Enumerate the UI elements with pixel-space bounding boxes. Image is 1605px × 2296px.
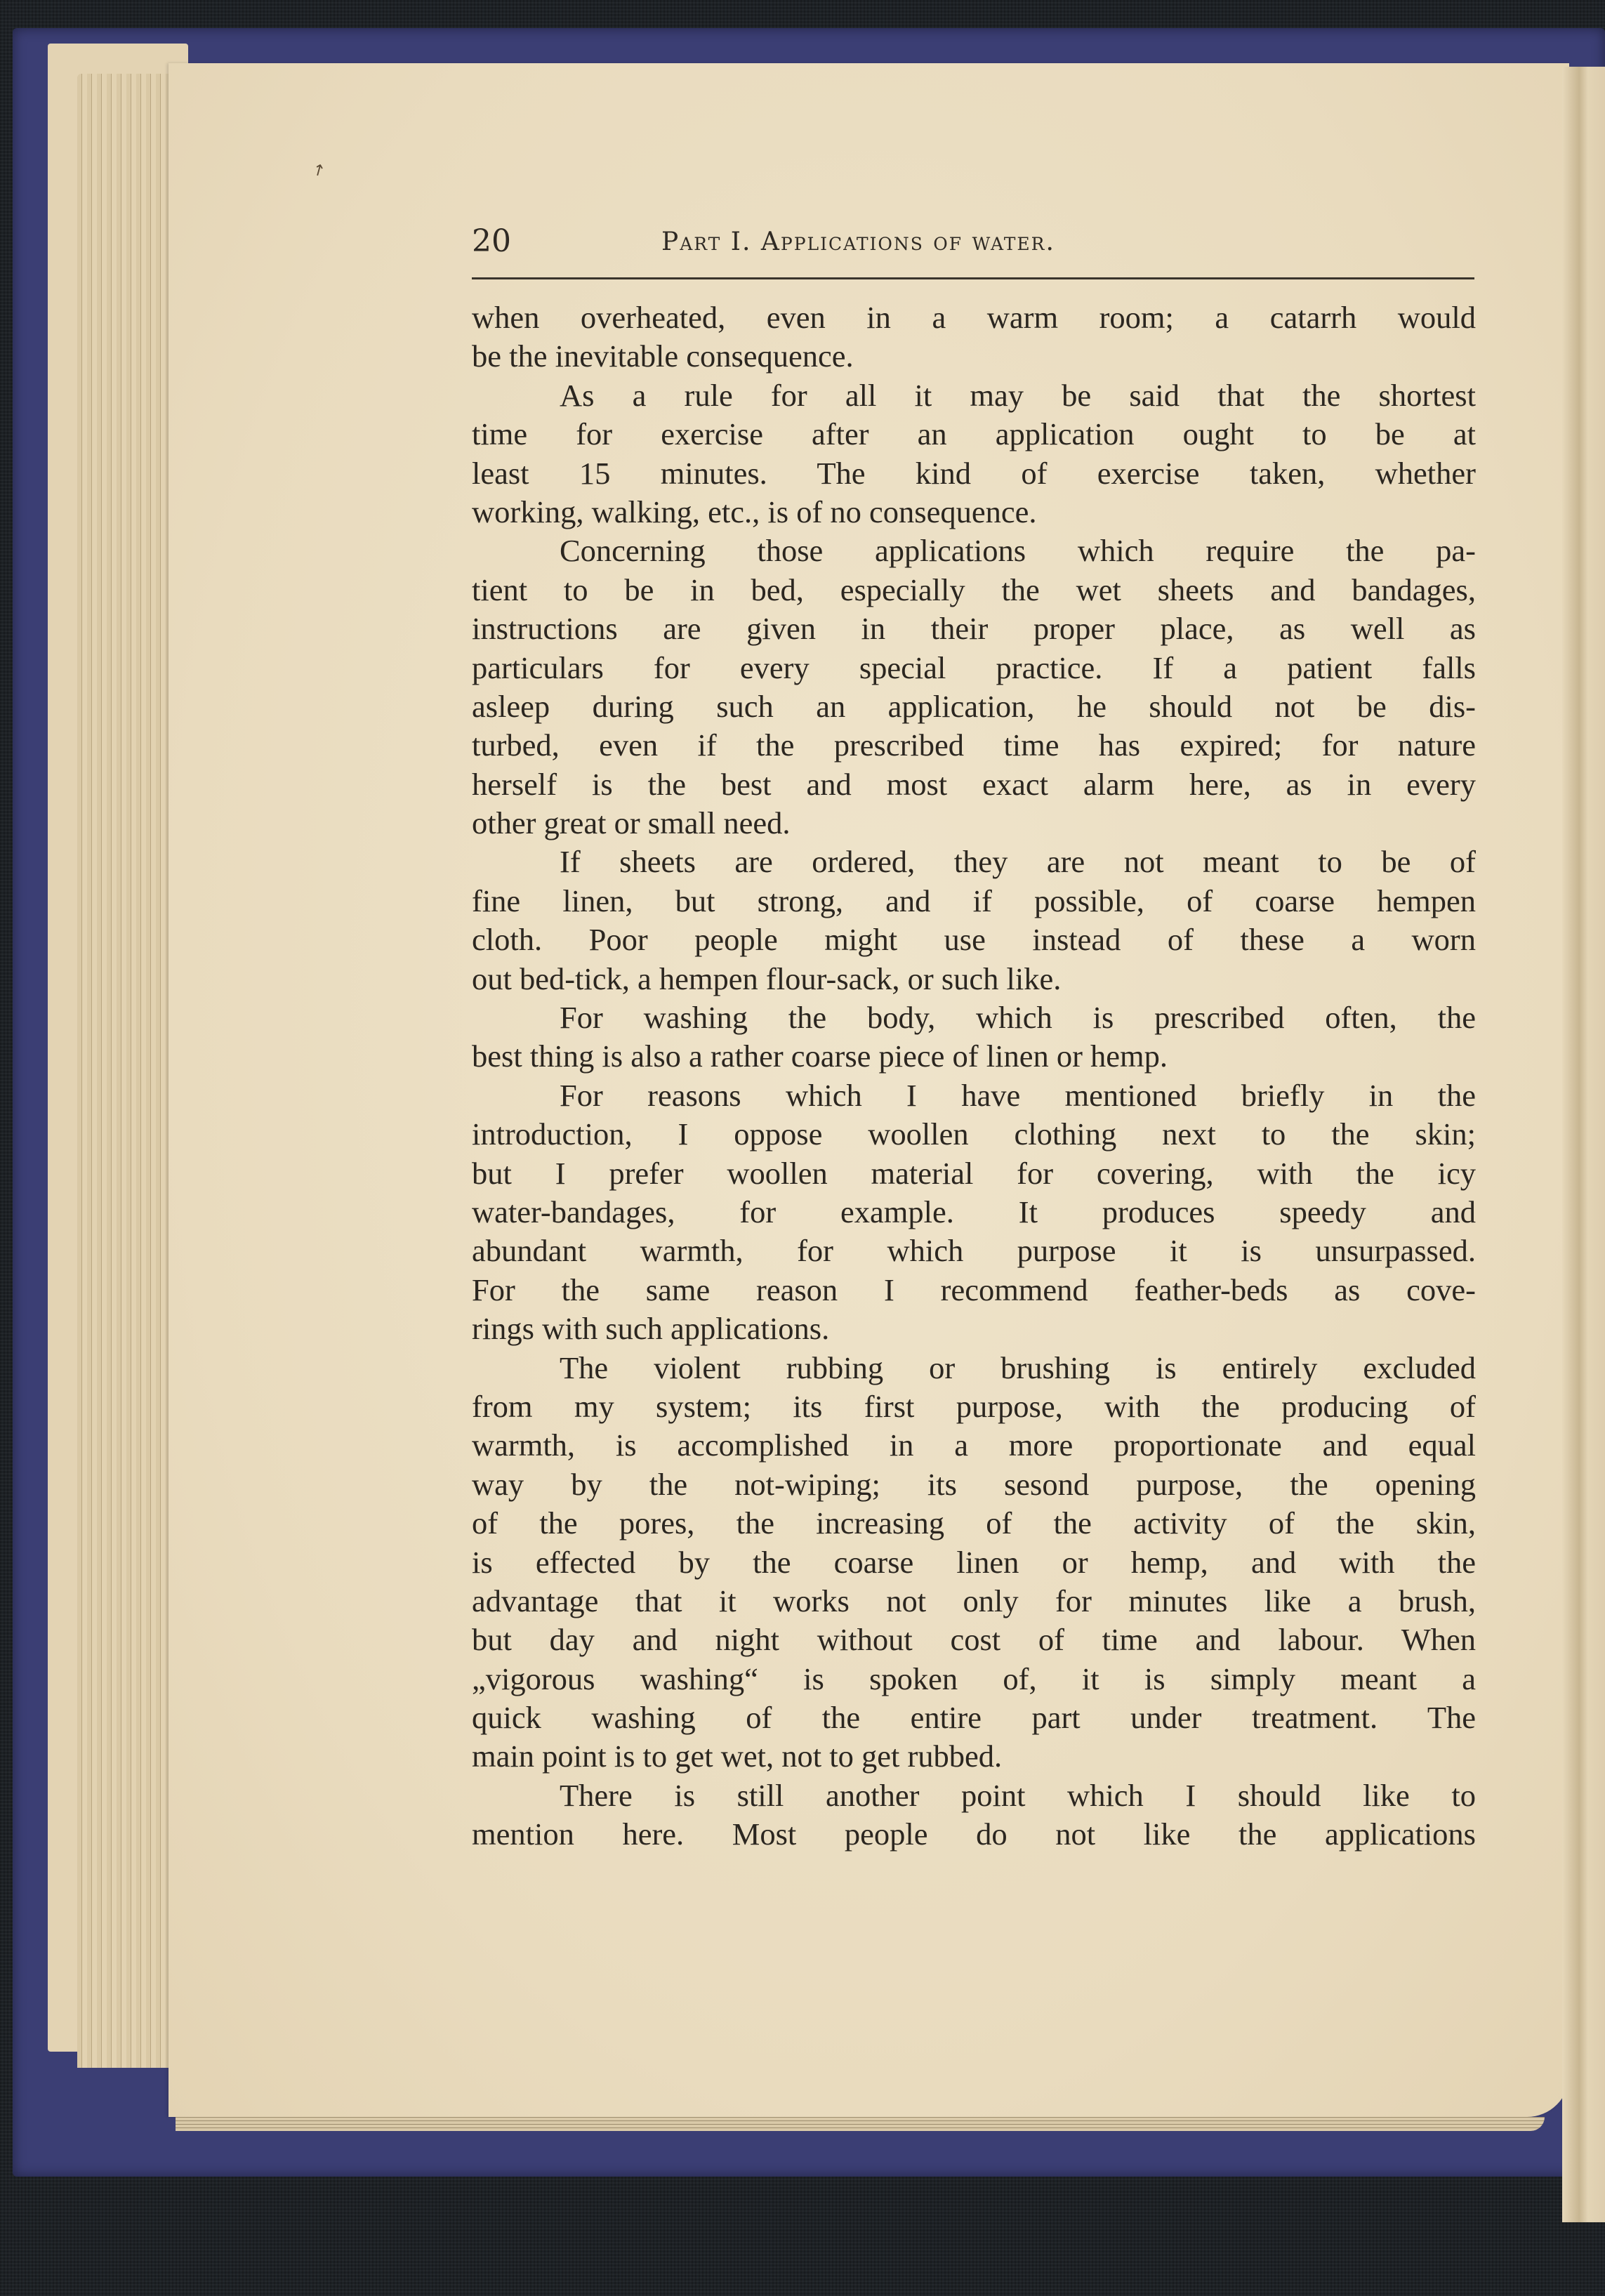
text-line: best thing is also a rather coarse piece… — [472, 1037, 1476, 1076]
text-line: be the inevitable consequence. — [472, 337, 1476, 376]
text-line: asleep during such an application, he sh… — [472, 687, 1476, 726]
text-line: rings with such applications. — [472, 1309, 1476, 1348]
text-line: out bed-tick, a hempen flour-sack, or su… — [472, 960, 1476, 998]
text-line: If sheets are ordered, they are not mean… — [472, 843, 1476, 881]
text-line: water-bandages, for example. It produces… — [472, 1193, 1476, 1232]
text-line: There is still another point which I sho… — [472, 1776, 1476, 1815]
text-line: way by the not-wiping; its sesond purpos… — [472, 1465, 1476, 1504]
text-line: but day and night without cost of time a… — [472, 1621, 1476, 1659]
text-line: least 15 minutes. The kind of exercise t… — [472, 454, 1476, 493]
header-rule — [472, 277, 1474, 279]
text-line: from my system; its first purpose, with … — [472, 1387, 1476, 1426]
text-line: For the same reason I recommend feather-… — [472, 1271, 1476, 1309]
text-line: mention here. Most people do not like th… — [472, 1815, 1476, 1854]
text-line: of the pores, the increasing of the acti… — [472, 1504, 1476, 1543]
text-line: other great or small need. — [472, 804, 1476, 843]
text-line: abundant warmth, for which purpose it is… — [472, 1232, 1476, 1270]
text-line: when overheated, even in a warm room; a … — [472, 298, 1476, 337]
text-line: cloth. Poor people might use instead of … — [472, 921, 1476, 959]
text-line: „vigorous washing“ is spoken of, it is s… — [472, 1660, 1476, 1698]
text-line: For washing the body, which is prescribe… — [472, 998, 1476, 1037]
page-number: 20 — [472, 223, 511, 259]
bottom-page-edges — [176, 2117, 1545, 2131]
text-line: fine linen, but strong, and if possible,… — [472, 882, 1476, 921]
running-head: Part I. Applications of water. — [661, 227, 1055, 256]
text-line: but I prefer woollen material for coveri… — [472, 1154, 1476, 1193]
body-text: when overheated, even in a warm room; a … — [472, 298, 1476, 1854]
page-header: 20 Part I. Applications of water. — [472, 223, 1476, 265]
text-line: time for exercise after an application o… — [472, 415, 1476, 454]
text-line: warmth, is accomplished in a more propor… — [472, 1426, 1476, 1465]
text-line: introduction, I oppose woollen clothing … — [472, 1115, 1476, 1154]
text-line: advantage that it works not only for min… — [472, 1582, 1476, 1621]
text-line: Concerning those applications which requ… — [472, 532, 1476, 570]
text-line: working, walking, etc., is of no consequ… — [472, 493, 1476, 532]
text-line: For reasons which I have mentioned brief… — [472, 1076, 1476, 1115]
text-line: herself is the best and most exact alarm… — [472, 765, 1476, 804]
text-line: main point is to get wet, not to get rub… — [472, 1737, 1476, 1776]
facing-page-gutter — [1562, 67, 1605, 2222]
text-line: As a rule for all it may be said that th… — [472, 376, 1476, 415]
text-line: turbed, even if the prescribed time has … — [472, 726, 1476, 765]
text-line: The violent rubbing or brushing is entir… — [472, 1349, 1476, 1387]
text-line: quick washing of the entire part under t… — [472, 1698, 1476, 1737]
text-line: is effected by the coarse linen or hemp,… — [472, 1543, 1476, 1582]
text-line: particulars for every special practice. … — [472, 649, 1476, 687]
page-edges — [77, 74, 176, 2068]
text-line: tient to be in bed, especially the wet s… — [472, 571, 1476, 609]
text-line: instructions are given in their proper p… — [472, 609, 1476, 648]
